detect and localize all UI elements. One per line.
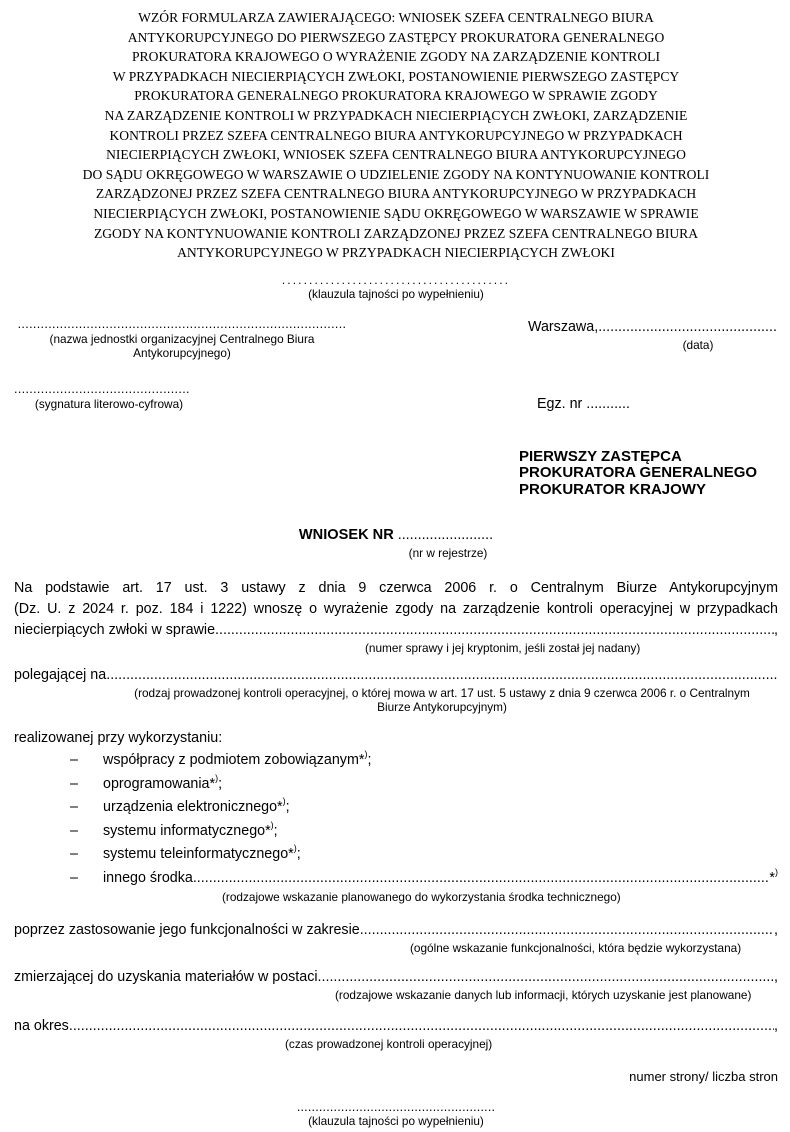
document-title: WZÓR FORMULARZA ZAWIERAJĄCEGO: WNIOSEK S…	[14, 8, 778, 263]
line-tail: ,	[774, 620, 778, 641]
functionality-caption: (ogólne wskazanie funkcjonalności, która…	[410, 941, 741, 955]
control-type-text: polegającej na	[14, 665, 106, 686]
list-item-text: urządzenia elektronicznego*);	[103, 796, 290, 820]
list-item-text: systemu teleinformatycznego*);	[103, 843, 301, 867]
line-tail: ,	[774, 967, 778, 988]
title-line: NIECIERPIĄCYCH ZWŁOKI, WNIOSEK SZEFA CEN…	[44, 145, 748, 165]
item-end: ;	[286, 799, 290, 815]
addressee-line: PROKURATOR KRAJOWY	[519, 482, 778, 499]
signature-block: ........................................…	[14, 382, 214, 415]
title-line: ANTYKORUPCYJNEGO W PRZYPADKACH NIECIERPI…	[44, 243, 748, 263]
item-end: ;	[367, 752, 371, 768]
footnote-marker: )	[271, 820, 274, 830]
application-number-block: WNIOSEK NR ........................ (nr …	[14, 525, 778, 560]
secrecy-clause-top: ........................................…	[14, 274, 778, 301]
materials-section: zmierzającej do uzyskania materiałów w p…	[14, 967, 778, 1002]
means-section: realizowanej przy wykorzystaniu: – współ…	[14, 728, 778, 904]
paragraph-line: (Dz. U. z 2024 r. poz. 184 i 1222) wnosz…	[14, 599, 778, 620]
materials-caption: (rodzajowe wskazanie danych lub informac…	[335, 988, 751, 1002]
case-number-line: niecierpiących zwłoki w sprawie ........…	[14, 620, 778, 641]
signature-blank-line: ........................................…	[14, 382, 214, 397]
control-type-blank: ........................................…	[106, 665, 778, 686]
list-item-other-means: – innego środka ........................…	[14, 867, 778, 891]
item-label: oprogramowania*	[103, 776, 215, 792]
materials-blank: ........................................…	[318, 967, 774, 988]
copy-number-block: Egz. nr ...........	[537, 382, 778, 415]
list-item: – systemu informatycznego*);	[14, 820, 778, 844]
signature-and-copy-row: ........................................…	[14, 382, 778, 415]
line-tail: ,	[774, 1016, 778, 1037]
application-number-title: WNIOSEK NR	[299, 527, 394, 543]
title-line: KONTROLI PRZEZ SZEFA CENTRALNEGO BIURA A…	[44, 126, 748, 146]
paragraph-line: Na podstawie art. 17 ust. 3 ustawy z dni…	[14, 578, 778, 599]
application-number-blank: ........................	[394, 527, 493, 543]
case-number-blank: ........................................…	[215, 620, 774, 641]
secrecy-clause-blank-line: ........................................…	[14, 1101, 778, 1114]
dash-bullet: –	[70, 773, 103, 797]
functionality-blank: ........................................…	[360, 920, 774, 941]
signature-caption: (sygnatura literowo-cyfrowa)	[14, 397, 204, 411]
copy-number-line: Egz. nr ...........	[537, 396, 630, 412]
control-type-caption: (rodzaj prowadzonej kontroli operacyjnej…	[122, 686, 762, 714]
page-number-note: numer strony/ liczba stron	[14, 1069, 778, 1085]
item-end: ;	[297, 846, 301, 862]
technical-means-caption: (rodzajowe wskazanie planowanego do wyko…	[222, 890, 621, 904]
secrecy-clause-caption: (klauzula tajności po wypełnieniu)	[14, 1114, 778, 1128]
means-intro: realizowanej przy wykorzystaniu:	[14, 728, 778, 749]
period-line: na okres ...............................…	[14, 1016, 778, 1037]
title-line: W PRZYPADKACH NIECIERPIĄCYCH ZWŁOKI, POS…	[44, 67, 748, 87]
title-line: NA ZARZĄDZENIE KONTROLI W PRZYPADKACH NI…	[44, 106, 748, 126]
unit-name-caption-line1: (nazwa jednostki organizacyjnej Centraln…	[14, 332, 350, 346]
date-caption: (data)	[573, 338, 790, 352]
dash-bullet: –	[70, 867, 103, 891]
dash-bullet: –	[70, 820, 103, 844]
legal-basis-paragraph: Na podstawie art. 17 ust. 3 ustawy z dni…	[14, 578, 778, 655]
list-item-text: współpracy z podmiotem zobowiązanym*);	[103, 749, 371, 773]
dash-bullet: –	[70, 843, 103, 867]
case-number-caption: (numer sprawy i jej kryptonim, jeśli zos…	[365, 641, 640, 655]
list-item: – urządzenia elektronicznego*);	[14, 796, 778, 820]
city-label: Warszawa,	[528, 317, 598, 338]
place-date-line: Warszawa,...............................…	[528, 317, 778, 338]
item-label: systemu teleinformatycznego*	[103, 846, 294, 862]
application-number-line: WNIOSEK NR ........................	[14, 525, 778, 546]
form-document-page: WZÓR FORMULARZA ZAWIERAJĄCEGO: WNIOSEK S…	[0, 0, 790, 1132]
secrecy-clause-blank-line: ........................................…	[14, 274, 778, 287]
dash-bullet: –	[70, 749, 103, 773]
list-item-text: systemu informatycznego*);	[103, 820, 278, 844]
period-blank: ........................................…	[69, 1016, 774, 1037]
materials-text: zmierzającej do uzyskania materiałów w p…	[14, 967, 318, 988]
title-line: ZARZĄDZONEJ PRZEZ SZEFA CENTRALNEGO BIUR…	[44, 184, 748, 204]
period-caption: (czas prowadzonej kontroli operacyjnej)	[285, 1037, 492, 1051]
footnote-marker: )	[215, 773, 218, 783]
addressee-block: PIERWSZY ZASTĘPCA PROKURATORA GENERALNEG…	[519, 449, 778, 499]
dash-bullet: –	[70, 796, 103, 820]
period-text: na okres	[14, 1016, 69, 1037]
register-number-caption: (nr w rejestrze)	[66, 546, 790, 560]
control-type-section: polegającej na .........................…	[14, 665, 778, 714]
period-section: na okres ...............................…	[14, 1016, 778, 1051]
title-line: PROKURATORA KRAJOWEGO O WYRAŻENIE ZGODY …	[44, 47, 748, 67]
line-tail: ,	[774, 920, 778, 941]
control-type-line: polegającej na .........................…	[14, 665, 778, 686]
item-label: innego środka	[103, 867, 193, 891]
date-blank-line: ........................................…	[598, 317, 778, 338]
place-date-block: Warszawa,...............................…	[528, 317, 778, 360]
item-label: urządzenia elektronicznego*	[103, 799, 283, 815]
item-end: ;	[274, 823, 278, 839]
addressee-line: PIERWSZY ZASTĘPCA	[519, 449, 778, 466]
unit-name-caption-line2: Antykorupcyjnego)	[14, 346, 350, 360]
list-item: – oprogramowania*);	[14, 773, 778, 797]
footnote-tail: *)	[769, 867, 778, 891]
item-end: ;	[218, 776, 222, 792]
unit-name-block: ........................................…	[14, 317, 350, 360]
item-label: współpracy z podmiotem zobowiązanym*	[103, 752, 364, 768]
footnote-marker: )	[294, 843, 297, 853]
functionality-text: poprzez zastosowanie jego funkcjonalnośc…	[14, 920, 360, 941]
other-means-blank: ........................................…	[193, 867, 770, 891]
footnote-marker: )	[775, 867, 778, 877]
title-line: WZÓR FORMULARZA ZAWIERAJĄCEGO: WNIOSEK S…	[44, 8, 748, 28]
footnote-marker: )	[283, 796, 286, 806]
title-line: DO SĄDU OKRĘGOWEGO W WARSZAWIE O UDZIELE…	[44, 165, 748, 185]
footnote-marker: )	[364, 749, 367, 759]
materials-line: zmierzającej do uzyskania materiałów w p…	[14, 967, 778, 988]
list-item: – systemu teleinformatycznego*);	[14, 843, 778, 867]
list-item-text: oprogramowania*);	[103, 773, 222, 797]
addressee-line: PROKURATORA GENERALNEGO	[519, 465, 778, 482]
secrecy-clause-caption: (klauzula tajności po wypełnieniu)	[14, 287, 778, 301]
paragraph-line-text: niecierpiących zwłoki w sprawie	[14, 620, 215, 641]
title-line: PROKURATORA GENERALNEGO PROKURATORA KRAJ…	[44, 86, 748, 106]
title-line: NIECIERPIĄCYCH ZWŁOKI, POSTANOWIENIE SĄD…	[44, 204, 748, 224]
functionality-line: poprzez zastosowanie jego funkcjonalnośc…	[14, 920, 778, 941]
functionality-section: poprzez zastosowanie jego funkcjonalnośc…	[14, 920, 778, 955]
title-line: ZGODY NA KONTYNUOWANIE KONTROLI ZARZĄDZO…	[44, 224, 748, 244]
item-label: systemu informatycznego*	[103, 823, 271, 839]
list-item: – współpracy z podmiotem zobowiązanym*);	[14, 749, 778, 773]
unit-name-blank-line: ........................................…	[14, 317, 350, 332]
unit-and-date-row: ........................................…	[14, 317, 778, 360]
secrecy-clause-bottom: ........................................…	[14, 1101, 778, 1128]
title-line: ANTYKORUPCYJNEGO DO PIERWSZEGO ZASTĘPCY …	[44, 28, 748, 48]
